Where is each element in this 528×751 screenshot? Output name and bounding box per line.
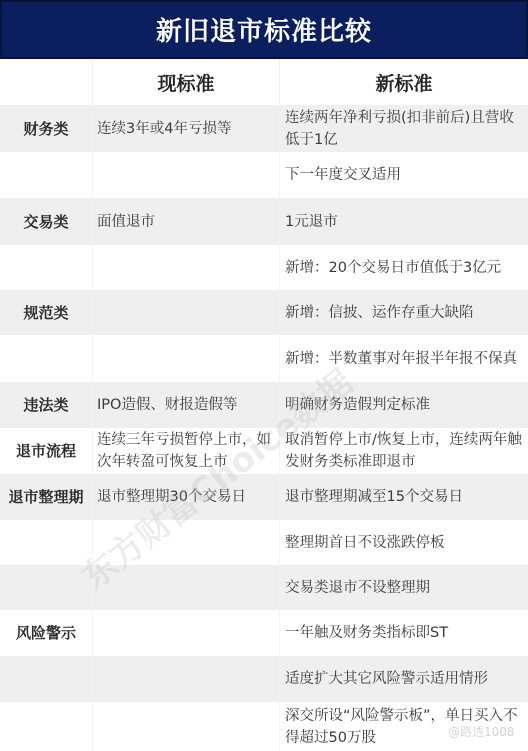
old-standard-cell (93, 565, 280, 610)
new-standard-cell: 取消暂停上市/恢复上市，连续两年触发财务类标准即退市 (280, 428, 528, 474)
table-row: 适度扩大其它风险警示适用情形 (0, 656, 528, 702)
header-new-standard: 新标准 (280, 59, 528, 105)
category-cell: 退市整理期 (0, 474, 93, 520)
new-standard-cell: 新增：信披、运作存重大缺陷 (280, 290, 528, 335)
new-standard-cell: 新增：半数董事对年报半年报不保真 (280, 335, 528, 382)
old-standard-cell: 面值退市 (93, 198, 280, 245)
table-row: 交易类退市不设整理期 (0, 565, 528, 610)
old-standard-cell (93, 656, 280, 702)
category-cell (0, 702, 93, 751)
old-standard-cell (93, 520, 280, 565)
old-standard-cell (93, 245, 280, 290)
old-standard-cell: 连续3年或4年亏损等 (93, 105, 280, 152)
header-old-standard: 现标准 (93, 59, 280, 105)
table-row: 下一年度交叉适用 (0, 152, 528, 198)
old-standard-cell: 连续三年亏损暂停上市，如次年转盈可恢复上市 (93, 428, 280, 474)
table-row: 新增：20个交易日市值低于3亿元 (0, 245, 528, 290)
category-cell (0, 520, 93, 565)
new-standard-cell: 连续两年净利亏损(扣非前后)且营收低于1亿 (280, 105, 528, 152)
table-header: 现标准 新标准 (0, 59, 528, 105)
category-cell (0, 335, 93, 382)
category-cell (0, 245, 93, 290)
table-row: 违法类IPO造假、财报造假等明确财务造假判定标准 (0, 382, 528, 428)
table-row: 风险警示一年触及财务类指标即ST (0, 610, 528, 656)
new-standard-cell: 深交所设“风险警示板”，单日买入不得超过50万股 (280, 702, 528, 751)
old-standard-cell: IPO造假、财报造假等 (93, 382, 280, 428)
old-standard-cell (93, 335, 280, 382)
comparison-table: 财务类连续3年或4年亏损等连续两年净利亏损(扣非前后)且营收低于1亿下一年度交叉… (0, 105, 528, 751)
table-row: 深交所设“风险警示板”，单日买入不得超过50万股 (0, 702, 528, 751)
table-row: 规范类新增：信披、运作存重大缺陷 (0, 290, 528, 335)
new-standard-cell: 1元退市 (280, 198, 528, 245)
new-standard-cell: 明确财务造假判定标准 (280, 382, 528, 428)
new-standard-cell: 下一年度交叉适用 (280, 152, 528, 198)
table-row: 财务类连续3年或4年亏损等连续两年净利亏损(扣非前后)且营收低于1亿 (0, 105, 528, 152)
category-cell: 交易类 (0, 198, 93, 245)
category-cell (0, 565, 93, 610)
category-cell: 退市流程 (0, 428, 93, 474)
new-standard-cell: 适度扩大其它风险警示适用情形 (280, 656, 528, 702)
header-category (0, 59, 93, 105)
table-row: 退市整理期退市整理期30个交易日退市整理期减至15个交易日 (0, 474, 528, 520)
category-cell (0, 656, 93, 702)
table-row: 新增：半数董事对年报半年报不保真 (0, 335, 528, 382)
category-cell: 规范类 (0, 290, 93, 335)
old-standard-cell (93, 290, 280, 335)
old-standard-cell: 退市整理期30个交易日 (93, 474, 280, 520)
title-bar: 新旧退市标准比较 (0, 0, 528, 59)
old-standard-cell (93, 610, 280, 656)
category-cell (0, 152, 93, 198)
category-cell: 违法类 (0, 382, 93, 428)
table-row: 退市流程连续三年亏损暂停上市，如次年转盈可恢复上市取消暂停上市/恢复上市，连续两… (0, 428, 528, 474)
new-standard-cell: 交易类退市不设整理期 (280, 565, 528, 610)
old-standard-cell (93, 702, 280, 751)
page-title: 新旧退市标准比较 (156, 11, 372, 48)
new-standard-cell: 整理期首日不设涨跌停板 (280, 520, 528, 565)
new-standard-cell: 退市整理期减至15个交易日 (280, 474, 528, 520)
old-standard-cell (93, 152, 280, 198)
new-standard-cell: 新增：20个交易日市值低于3亿元 (280, 245, 528, 290)
table-row: 整理期首日不设涨跌停板 (0, 520, 528, 565)
category-cell: 财务类 (0, 105, 93, 152)
category-cell: 风险警示 (0, 610, 93, 656)
table-row: 交易类面值退市1元退市 (0, 198, 528, 245)
new-standard-cell: 一年触及财务类指标即ST (280, 610, 528, 656)
